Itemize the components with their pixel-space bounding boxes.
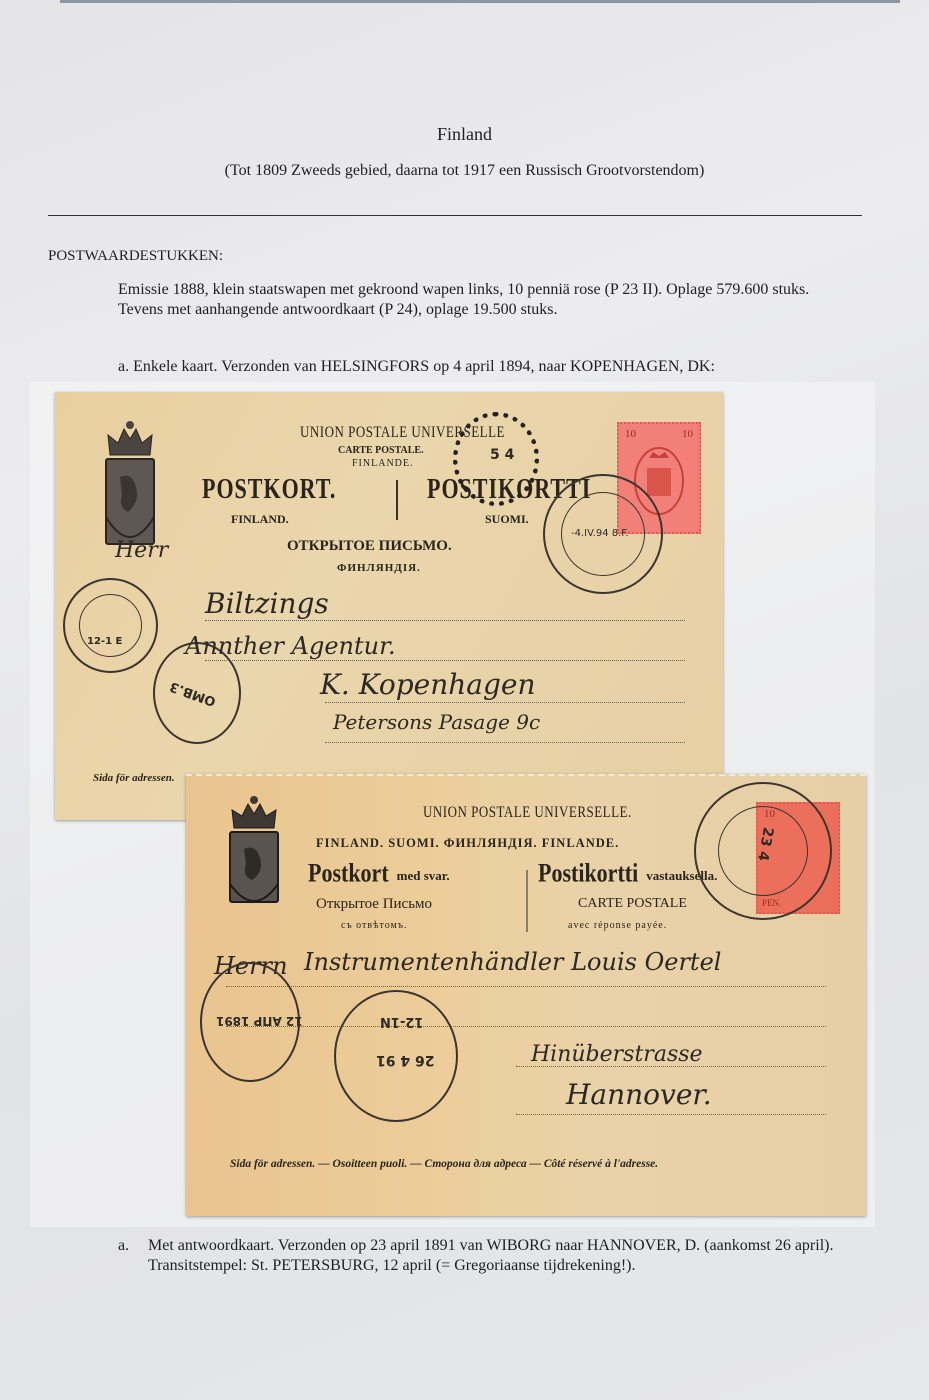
address-line-4: Hannover. [566,1078,712,1111]
russian-sub: ФИНЛЯНДІЯ. [337,562,421,574]
upu-header: UNION POSTALE UNIVERSELLE. [423,802,632,822]
carte-postale-label: CARTE POSTALE [578,896,687,912]
address-line-4: K. Kopenhagen [320,668,536,701]
address-line-1: Herr [115,538,168,563]
address-line-5: Petersons Pasage 9c [333,710,540,734]
coat-of-arms-icon [100,417,160,557]
caption-label: a. [118,1236,129,1256]
carte-postale-label: CARTE POSTALE. [338,445,424,456]
caption-text: Met antwoordkaart. Verzonden op 23 april… [148,1236,838,1276]
address-line-2: Biltzings [205,587,329,620]
address-line-3: Annther Agentur. [185,632,396,660]
address-dotted-line [516,1066,826,1067]
page-subtitle: (Tot 1809 Zweeds gebied, daarna tot 1917… [0,162,929,180]
item-a-description: a. Enkele kaart. Verzonden van HELSINGFO… [118,358,715,376]
postmark-hannover: 12-1N 26 4 91 [334,990,458,1122]
title-divider [526,870,528,932]
reply-paid-label: avec réponse payée. [568,920,667,931]
address-line-3: Hinüberstrasse [531,1042,703,1067]
postkort-title: Postkort med svar. [308,860,450,886]
finlande-label: FINLANDE. [352,458,414,469]
address-dotted-line [516,1114,826,1115]
address-dotted-line [205,620,685,621]
postmark-stockholm: 5 4 [453,412,539,506]
russian-sub: съ отвѣтомъ. [341,920,408,931]
intro-paragraph: Emissie 1888, klein staatswapen met gekr… [118,280,848,320]
postcard-helsingfors: UNION POSTALE UNIVERSELLE CARTE POSTALE.… [55,392,723,820]
postmark-helsingfors: -4.IV.94 8.F. [543,474,663,594]
title-divider [396,480,398,520]
item-a-caption: a. Met antwoordkaart. Verzonden op 23 ap… [118,1236,838,1276]
address-dotted-line [226,986,826,987]
russian-title: ОТКРЫТОЕ ПИСЬМО. [287,538,452,555]
postcard-wiborg-reply: UNION POSTALE UNIVERSELLE. FINLAND. SUOM… [186,774,866,1216]
page-title: Finland [0,124,929,145]
postkort-title: POSTKORT. [202,472,336,506]
russian-title: Открытое Письмо [316,896,432,913]
coat-of-arms-icon [226,794,282,914]
header-divider [48,215,862,216]
address-dotted-line [325,742,685,743]
page-top-edge [60,0,900,3]
address-dotted-line [226,1026,826,1027]
country-names-line: FINLAND. SUOMI. ФИНЛЯНДІЯ. FINLANDE. [316,836,619,851]
address-dotted-line [325,702,685,703]
address-dotted-line [205,660,685,661]
postmark-st-petersburg: 12 АПР 1891 [200,962,300,1082]
address-side-footer: Sida för adressen. — Osoitteen puoli. — … [230,1158,658,1170]
postmark-kjobenhavn: 12-1 E [63,578,158,673]
postikortti-title: Postikortti vastauksella. [538,860,717,886]
postmark-wiborg-railway: 23 4 [694,782,832,920]
finland-sub: FINLAND. [231,512,289,527]
address-side-footer: Sida för adressen. [93,772,175,784]
suomi-sub: SUOMI. [485,512,529,527]
address-line-2: Instrumentenhändler Louis Oertel [304,948,721,976]
section-heading: POSTWAARDESTUKKEN: [48,248,223,265]
